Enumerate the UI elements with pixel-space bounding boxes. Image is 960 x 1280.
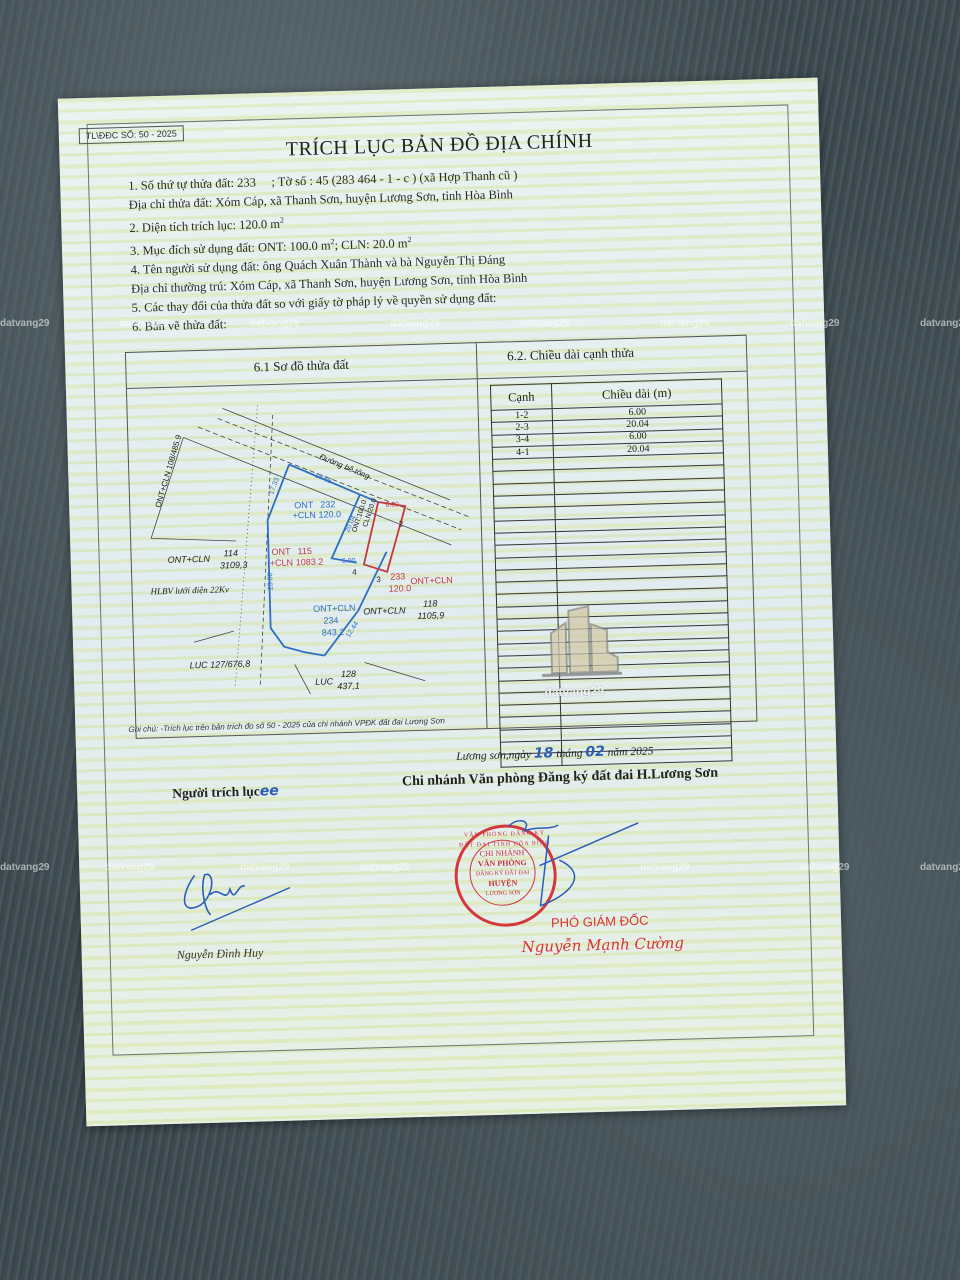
watermark-text: datvang29 — [105, 862, 154, 873]
svg-text:437,1: 437,1 — [337, 681, 360, 692]
watermark-text: datvang29 — [240, 862, 289, 873]
svg-text:+CLN: +CLN — [292, 510, 316, 521]
svg-text:3: 3 — [376, 575, 381, 584]
extractor-label: Người trích lụcee — [172, 783, 279, 802]
extractor-name: Nguyễn Đình Huy — [177, 945, 264, 962]
watermark-text: datvang29 — [0, 862, 49, 873]
svg-text:ONT+CLN 108/485.9: ONT+CLN 108/485.9 — [154, 433, 184, 508]
col-edge: Cạnh — [490, 384, 552, 411]
signer-role: PHÓ GIÁM ĐỐC — [551, 913, 649, 931]
svg-text:1083.2: 1083.2 — [296, 557, 324, 568]
svg-text:ONT+CLN: ONT+CLN — [168, 554, 211, 565]
svg-text:LUC: LUC — [315, 676, 334, 687]
svg-text:233: 233 — [390, 571, 405, 581]
svg-text:232: 232 — [320, 499, 335, 509]
watermark-logo-text: datvang29 — [544, 684, 604, 700]
svg-text:ONT+CLN: ONT+CLN — [313, 603, 356, 614]
svg-text:6.00: 6.00 — [385, 501, 399, 508]
watermark-logo-icon — [540, 601, 622, 681]
drawing-section: 6.1 Sơ đồ thửa đất — [125, 335, 758, 739]
watermark-text: datvang29 — [120, 318, 169, 329]
watermark-text: datvang29 — [790, 318, 839, 329]
svg-text:+CLN: +CLN — [270, 557, 294, 568]
document-paper: TL\ĐĐC SỐ: 50 - 2025 TRÍCH LỤC BẢN ĐỒ ĐỊ… — [58, 78, 846, 1127]
svg-text:234: 234 — [323, 615, 338, 625]
svg-text:118: 118 — [423, 598, 438, 608]
date-day: 18 — [534, 745, 554, 762]
watermark-text: datvang29 — [660, 318, 709, 329]
svg-text:ONT: ONT — [271, 546, 291, 557]
parcel-map: Đường bê tông ONT+CLN 108/485.9 2 3 4 ON… — [127, 379, 486, 719]
watermark-text: datvang29 — [360, 862, 409, 873]
edge-length-table: Cạnh Chiều dài (m) 1-26.002-320.043-46.0… — [490, 378, 733, 767]
section-62-title: 6.2. Chiều dài cạnh thửa — [477, 336, 747, 379]
svg-text:1105,9: 1105,9 — [417, 610, 444, 621]
footnote: Ghi chú: -Trích lục trên bản trích đo số… — [128, 716, 445, 734]
svg-text:120.0: 120.0 — [388, 583, 411, 594]
watermark-text: datvang29 — [250, 318, 299, 329]
svg-text:6.00: 6.00 — [342, 558, 356, 565]
svg-text:114: 114 — [223, 548, 238, 558]
svg-text:115: 115 — [297, 546, 312, 556]
svg-text:843.2: 843.2 — [322, 627, 345, 638]
svg-text:128: 128 — [341, 669, 356, 679]
svg-text:HLBV lưới điện 22Kv: HLBV lưới điện 22Kv — [149, 584, 229, 596]
svg-text:ONT+CLN: ONT+CLN — [410, 575, 453, 586]
director-signature — [478, 803, 651, 918]
svg-text:4: 4 — [352, 568, 357, 577]
watermark-text: datvang29 — [920, 318, 960, 329]
svg-text:23.00: 23.00 — [267, 572, 274, 590]
svg-text:LUC 127/676,8: LUC 127/676,8 — [190, 659, 251, 671]
parcel-diagram-panel: 6.1 Sơ đồ thửa đất — [126, 343, 488, 738]
parcel-info: 1. Số thứ tự thửa đất: 233 ; Tờ số : 45 … — [128, 166, 529, 337]
watermark-text: datvang29 — [800, 862, 849, 873]
svg-text:3109,3: 3109,3 — [220, 560, 248, 571]
parcel-number: 233 — [237, 175, 256, 190]
watermark-text: datvang29 — [0, 318, 49, 329]
watermark-text: datvang29 — [390, 318, 439, 329]
date-month: 02 — [585, 744, 605, 761]
svg-text:2: 2 — [399, 519, 404, 528]
svg-text:12.44: 12.44 — [345, 620, 361, 639]
svg-text:120.0: 120.0 — [318, 509, 341, 520]
svg-text:ONT+CLN: ONT+CLN — [363, 605, 406, 616]
watermark-text: datvang29 — [640, 862, 689, 873]
svg-text:ONT: ONT — [294, 500, 314, 511]
watermark-text: datvang29 — [520, 318, 569, 329]
svg-text:18.65: 18.65 — [314, 472, 333, 485]
watermark-text: datvang29 — [920, 862, 960, 873]
